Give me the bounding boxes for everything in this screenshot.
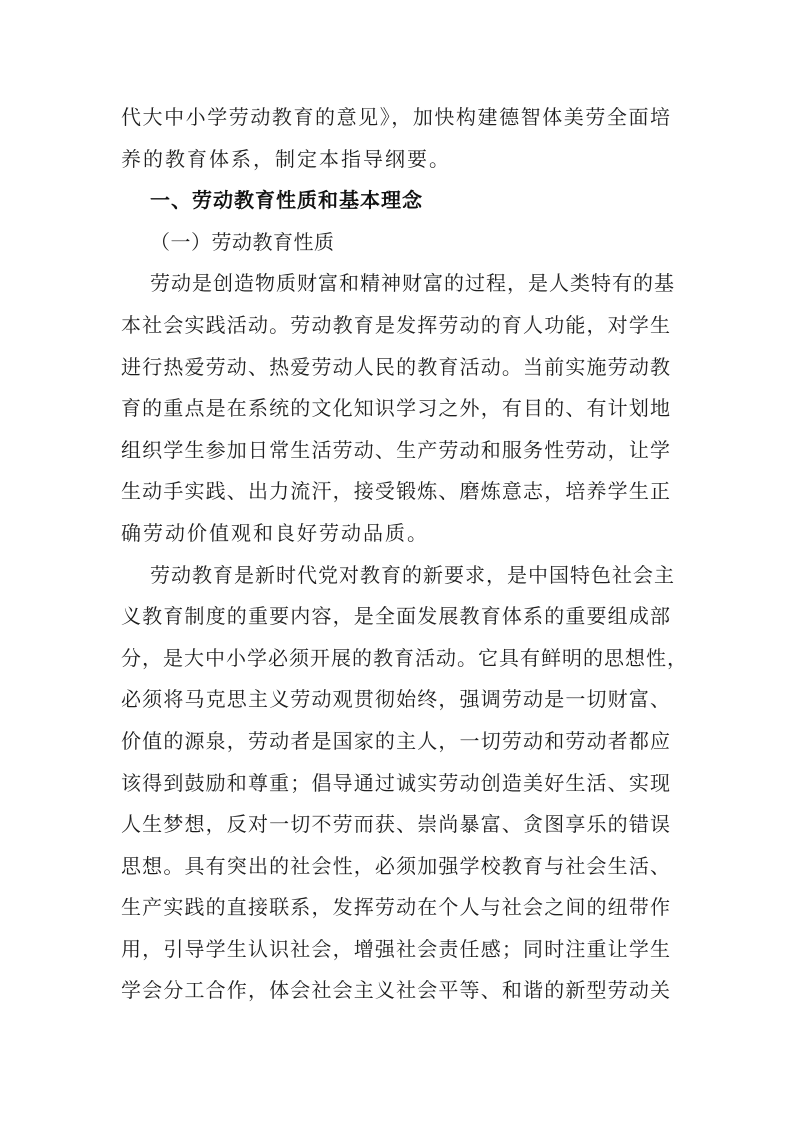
text-line: 进行热爱劳动、热爱劳动人民的教育活动。当前实施劳动教 — [121, 347, 671, 389]
text-line: 义教育制度的重要内容，是全面发展教育体系的重要组成部 — [121, 596, 671, 638]
text-line: 思想。具有突出的社会性，必须加强学校教育与社会生活、 — [121, 846, 671, 888]
text-line: 价值的源泉，劳动者是国家的主人，一切劳动和劳动者都应 — [121, 721, 671, 763]
text-line: 用，引导学生认识社会，增强社会责任感；同时注重让学生 — [121, 929, 671, 971]
text-line: 劳动教育是新时代党对教育的新要求，是中国特色社会主 — [121, 555, 671, 597]
text-line: 该得到鼓励和尊重；倡导通过诚实劳动创造美好生活、实现 — [121, 763, 671, 805]
text-line: 代大中小学劳动教育的意见》，加快构建德智体美劳全面培 — [121, 97, 671, 139]
text-line: 生产实践的直接联系，发挥劳动在个人与社会之间的纽带作 — [121, 887, 671, 929]
text-line: 育的重点是在系统的文化知识学习之外，有目的、有计划地 — [121, 388, 671, 430]
section-heading: 一、劳动教育性质和基本理念 — [121, 180, 671, 222]
subsection-heading: （一）劳动教育性质 — [121, 222, 671, 264]
text-line: 养的教育体系，制定本指导纲要。 — [121, 139, 671, 181]
text-line: 必须将马克思主义劳动观贯彻始终，强调劳动是一切财富、 — [121, 679, 671, 721]
paragraph-labor-education-requirements: 劳动教育是新时代党对教育的新要求，是中国特色社会主 义教育制度的重要内容，是全面… — [121, 555, 671, 1013]
text-line: 生动手实践、出力流汗，接受锻炼、磨炼意志，培养学生正 — [121, 471, 671, 513]
text-line: 本社会实践活动。劳动教育是发挥劳动的育人功能，对学生 — [121, 305, 671, 347]
intro-paragraph-tail: 代大中小学劳动教育的意见》，加快构建德智体美劳全面培 养的教育体系，制定本指导纲… — [121, 97, 671, 180]
text-line: 分，是大中小学必须开展的教育活动。它具有鲜明的思想性， — [121, 638, 671, 680]
text-line: 确劳动价值观和良好劳动品质。 — [121, 513, 671, 555]
document-page: 代大中小学劳动教育的意见》，加快构建德智体美劳全面培 养的教育体系，制定本指导纲… — [121, 97, 671, 1012]
paragraph-labor-definition: 劳动是创造物质财富和精神财富的过程，是人类特有的基 本社会实践活动。劳动教育是发… — [121, 263, 671, 554]
text-line: 劳动是创造物质财富和精神财富的过程，是人类特有的基 — [121, 263, 671, 305]
text-line: 学会分工合作，体会社会主义社会平等、和谐的新型劳动关 — [121, 970, 671, 1012]
text-line: 人生梦想，反对一切不劳而获、崇尚暴富、贪图享乐的错误 — [121, 804, 671, 846]
text-line: 组织学生参加日常生活劳动、生产劳动和服务性劳动，让学 — [121, 430, 671, 472]
